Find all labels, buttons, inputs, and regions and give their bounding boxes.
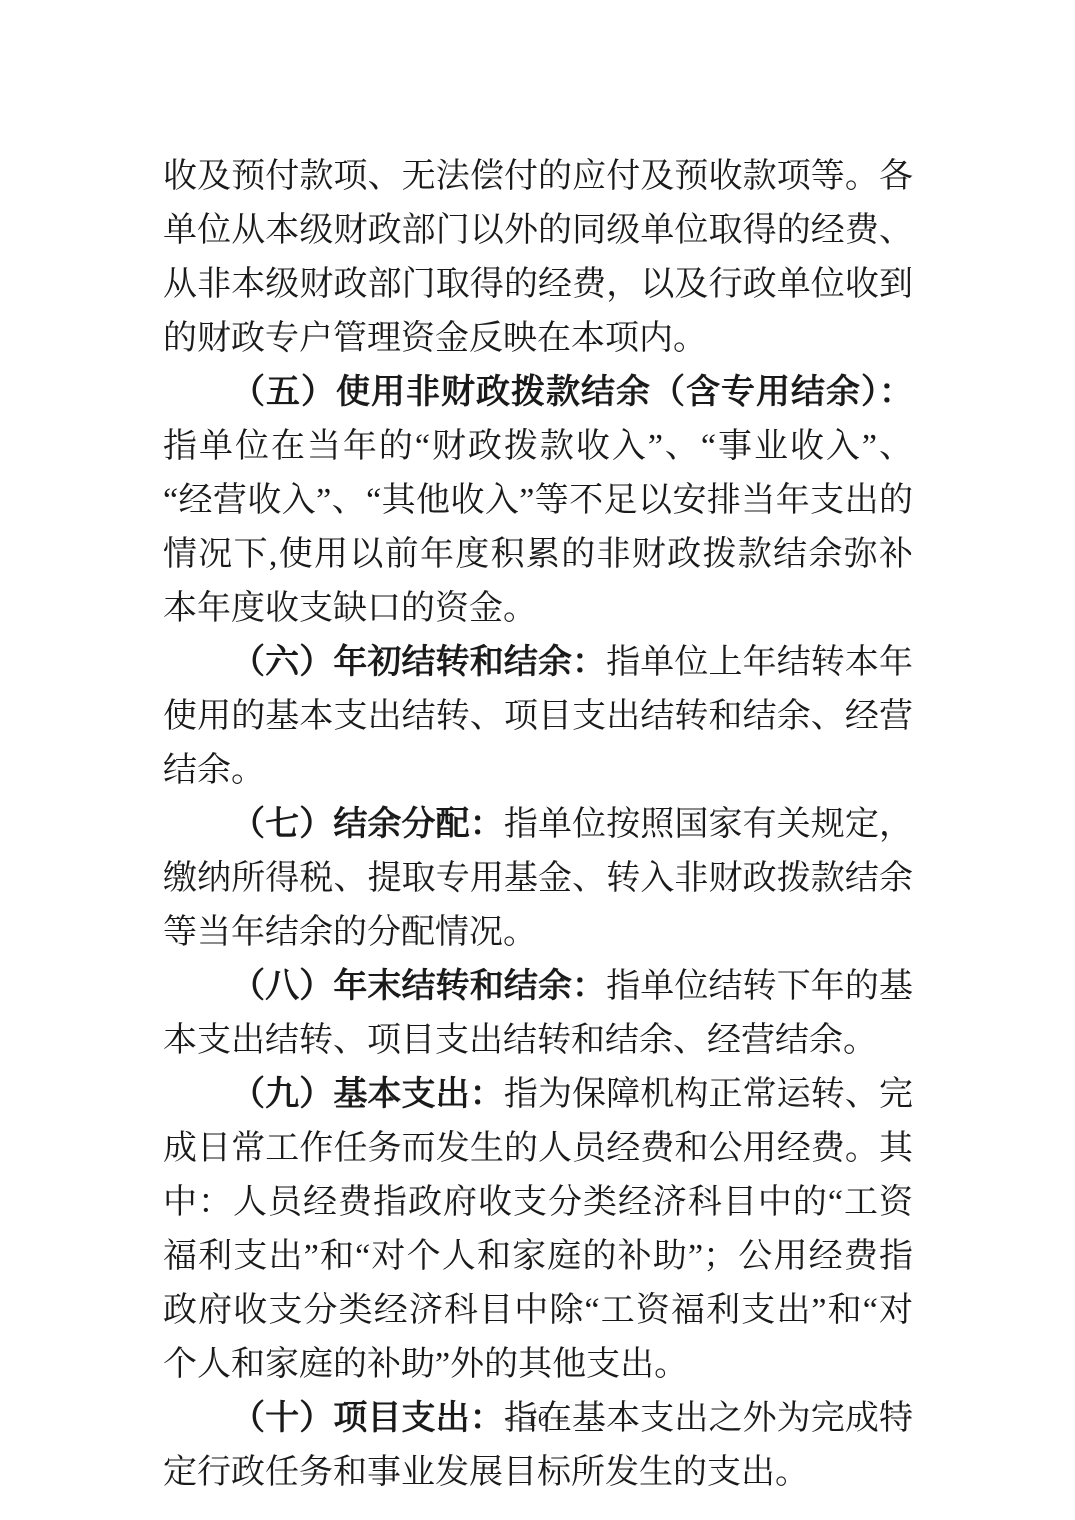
paragraph-section-6: （六）年初结转和结余：指单位上年结转本年使用的基本支出结转、项目支出结转和结余、… — [163, 636, 913, 798]
document-page: 收及预付款项、无法偿付的应付及预收款项等。各单位从本级财政部门以外的同级单位取得… — [0, 0, 1075, 1520]
paragraph-section-5: （五）使用非财政拨款结余（含专用结余）：指单位在当年的“财政拨款收入”、“事业收… — [163, 366, 913, 636]
paragraph-heading: （七）结余分配： — [231, 806, 504, 843]
page-number: – 10 – — [163, 1406, 913, 1432]
paragraph-text: 指为保障机构正常运转、完成日常工作任务而发生的人员经费和公用经费。其中：人员经费… — [163, 1076, 913, 1383]
paragraph-heading: （五）使用非财政拨款结余（含专用结余）： — [231, 374, 913, 411]
paragraph-text: 收及预付款项、无法偿付的应付及预收款项等。各单位从本级财政部门以外的同级单位取得… — [163, 158, 913, 357]
paragraph-heading: （六）年初结转和结余： — [231, 644, 606, 681]
paragraph-section-9: （九）基本支出：指为保障机构正常运转、完成日常工作任务而发生的人员经费和公用经费… — [163, 1068, 913, 1392]
paragraph-text: 指单位在当年的“财政拨款收入”、“事业收入”、“经营收入”、“其他收入”等不足以… — [163, 428, 913, 627]
paragraph-section-7: （七）结余分配：指单位按照国家有关规定，缴纳所得税、提取专用基金、转入非财政拨款… — [163, 798, 913, 960]
paragraph-heading: （九）基本支出： — [231, 1076, 504, 1113]
paragraph-heading: （八）年末结转和结余： — [231, 968, 606, 1005]
paragraph: 收及预付款项、无法偿付的应付及预收款项等。各单位从本级财政部门以外的同级单位取得… — [163, 150, 913, 366]
paragraph-section-8: （八）年末结转和结余：指单位结转下年的基本支出结转、项目支出结转和结余、经营结余… — [163, 960, 913, 1068]
document-body: 收及预付款项、无法偿付的应付及预收款项等。各单位从本级财政部门以外的同级单位取得… — [163, 150, 913, 1500]
